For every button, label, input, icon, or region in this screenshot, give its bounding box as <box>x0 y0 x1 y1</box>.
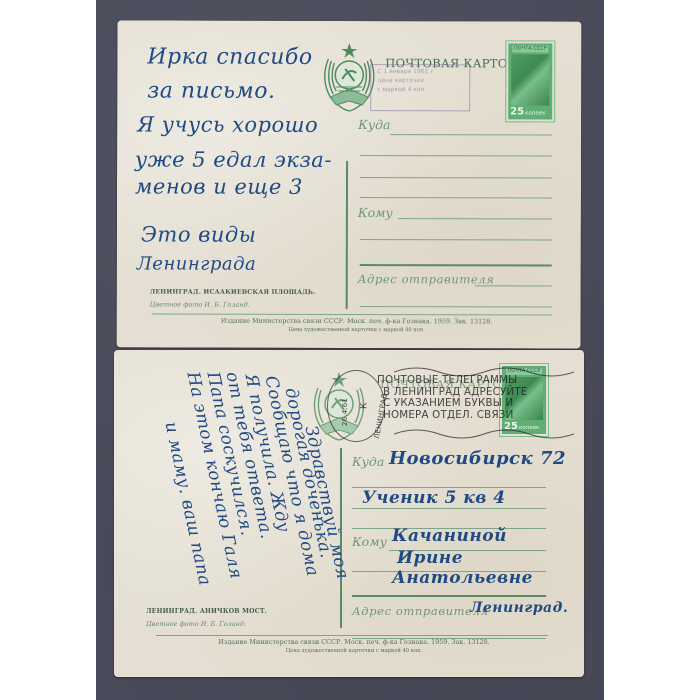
bottom-rule <box>152 313 552 315</box>
bottom-rule <box>156 635 548 636</box>
price-note: Цена художественной карточки с маркой 40… <box>157 326 557 333</box>
address-line <box>360 239 552 241</box>
rubber-stamp-line: с маркой 4 коп. <box>377 85 463 94</box>
miner-figure-icon <box>511 54 549 105</box>
handwritten-address: Ирине <box>397 548 463 568</box>
label-sender: Адрес отправителя <box>352 604 489 618</box>
label-to-where: Куда <box>352 454 384 469</box>
handwritten-line: Это виды <box>141 222 257 246</box>
postmark-date: 26.4.61 <box>340 398 352 426</box>
handwritten-line: за письмо. <box>147 78 275 103</box>
address-line <box>475 285 552 286</box>
postmark-letter: К <box>360 402 372 409</box>
publisher-imprint: Издание Министерства связи СССР. Моск. п… <box>154 638 554 646</box>
handwritten-line: уже 5 едал экза- <box>135 147 332 172</box>
photo-credit: Цветное фото И. Б. Голанд. <box>150 300 250 308</box>
handwritten-line: менов и еще 3 <box>135 174 303 198</box>
postcard-top: ПОЧТОВАЯ КАРТОЧКА С 1 января 1961 г. цен… <box>117 20 582 348</box>
address-line <box>398 218 552 219</box>
rubber-stamp-line: С 1 января 1961 г. <box>377 67 463 76</box>
handwritten-line: Ирка спасибо <box>147 44 312 69</box>
address-line <box>360 155 552 157</box>
photo-caption-title: ЛЕНИНГРАД. ИСААКИЕВСКАЯ ПЛОЩАДЬ. <box>150 288 316 295</box>
address-line <box>360 177 552 179</box>
handwritten-sender: Ленинград. <box>470 600 568 616</box>
handwritten-line: Ленинграда <box>137 253 257 274</box>
address-line <box>360 197 552 199</box>
label-to-whom: Кому <box>358 205 393 220</box>
handwritten-address: Анатольевне <box>392 568 533 588</box>
address-line <box>360 264 552 266</box>
address-divider <box>346 161 348 309</box>
postcard-bottom: ПОЧТОВАЯ КАРТОЧКА ПОЧТА СССР 25копеек ЛЕ… <box>114 350 584 677</box>
rubber-stamp-price-change: С 1 января 1961 г. цена карточки с марко… <box>370 64 470 111</box>
slogan-line: НОМЕРА ОТДЕЛ. СВЯЗИ <box>377 410 528 422</box>
address-line <box>352 508 546 509</box>
rubber-stamp-line: цена карточки <box>377 76 463 85</box>
postmark-slogan: ПОЧТОВЫЕ ТЕЛЕГРАММЫ В ЛЕНИНГРАД АДРЕСУЙТ… <box>377 375 528 421</box>
handwritten-address: Качаниной <box>392 526 507 546</box>
label-to-where: Куда <box>358 117 390 132</box>
photo-caption-title: ЛЕНИНГРАД. АНИЧКОВ МОСТ. <box>146 608 267 615</box>
handwritten-address: Новосибирск 72 <box>389 448 566 469</box>
stamp-country: ПОЧТА СССР <box>512 45 548 52</box>
handwritten-address: Ученик 5 кв 4 <box>362 488 506 508</box>
label-sender: Адрес отправителя <box>358 272 495 286</box>
price-note: Цена художественной карточки с маркой 40… <box>154 648 554 654</box>
address-line <box>390 134 552 135</box>
handwritten-line: Я учусь хорошо <box>137 112 318 136</box>
label-to-whom: Кому <box>352 534 387 549</box>
address-line <box>360 306 552 308</box>
slogan-line: С УКАЗАНИЕМ БУКВЫ И <box>377 398 528 410</box>
photo-credit: Цветное фото И. Б. Голанд. <box>146 620 246 628</box>
slogan-line: ПОЧТОВЫЕ ТЕЛЕГРАММЫ <box>377 375 528 387</box>
publisher-imprint: Издание Министерства связи СССР. Моск. п… <box>157 316 557 325</box>
stamp-value: 25копеек <box>510 106 550 117</box>
address-line <box>352 595 546 597</box>
postage-stamp: ПОЧТА СССР 25копеек <box>506 41 554 121</box>
